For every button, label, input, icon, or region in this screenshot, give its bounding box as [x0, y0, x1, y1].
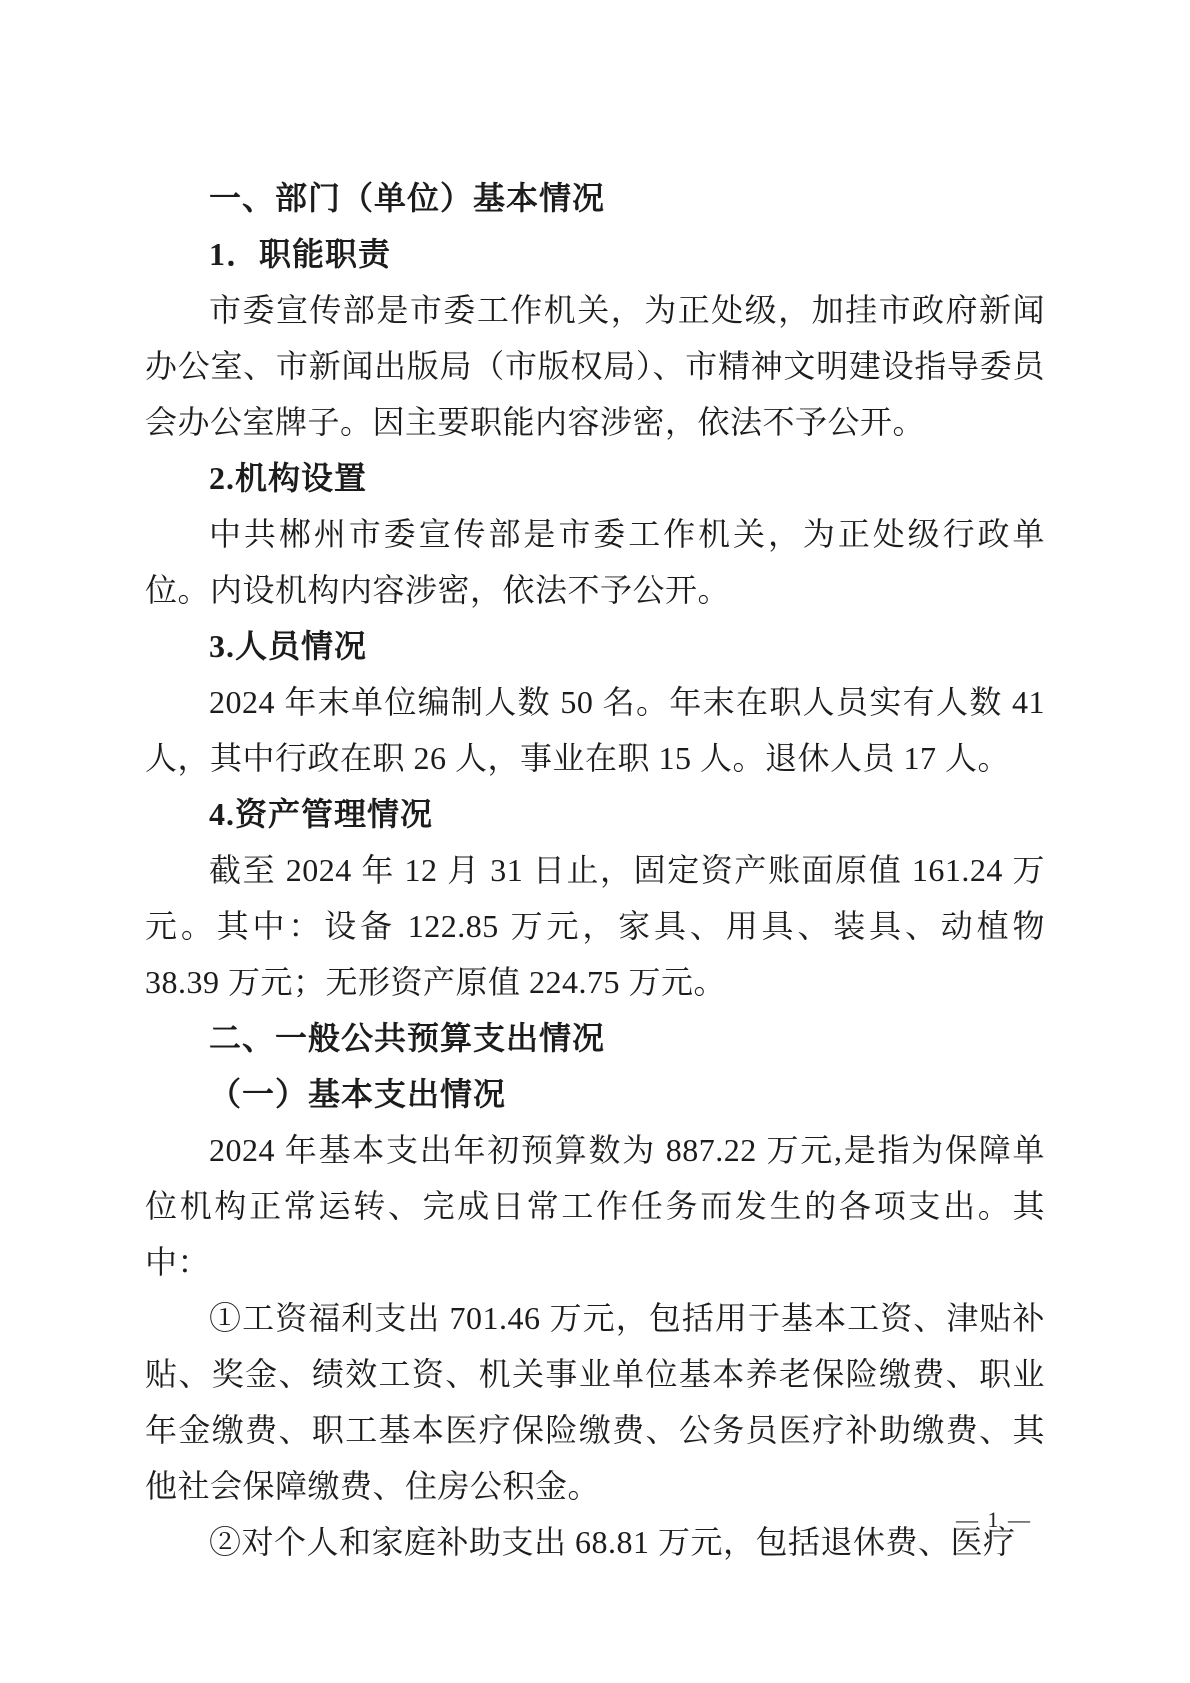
paragraph-personnel: 2024 年末单位编制人数 50 名。年末在职人员实有人数 41 人，其中行政在… [145, 674, 1045, 786]
subheading-asset-management: 4.资产管理情况 [145, 786, 1045, 842]
subheading-personnel: 3.人员情况 [145, 618, 1045, 674]
paragraph-salary-welfare-expenditure: ①工资福利支出 701.46 万元，包括用于基本工资、津贴补贴、奖金、绩效工资、… [145, 1290, 1045, 1514]
document-page: 一、部门（单位）基本情况 1．职能职责 市委宣传部是市委工作机关，为正处级，加挂… [0, 0, 1190, 1683]
subheading-basic-expenditure: （一）基本支出情况 [145, 1066, 1045, 1122]
document-body: 一、部门（单位）基本情况 1．职能职责 市委宣传部是市委工作机关，为正处级，加挂… [145, 170, 1045, 1570]
paragraph-org-structure: 中共郴州市委宣传部是市委工作机关，为正处级行政单位。内设机构内容涉密，依法不予公… [145, 506, 1045, 618]
paragraph-basic-expenditure: 2024 年基本支出年初预算数为 887.22 万元,是指为保障单位机构正常运转… [145, 1122, 1045, 1290]
section-heading-basic-info: 一、部门（单位）基本情况 [145, 170, 1045, 226]
subheading-duties: 1．职能职责 [145, 226, 1045, 282]
page-number: — 1 — [956, 1505, 1032, 1535]
paragraph-individual-family-subsidy: ②对个人和家庭补助支出 68.81 万元，包括退休费、医疗 [145, 1514, 1045, 1570]
section-heading-public-budget: 二、一般公共预算支出情况 [145, 1010, 1045, 1066]
paragraph-asset-management: 截至 2024 年 12 月 31 日止，固定资产账面原值 161.24 万元。… [145, 842, 1045, 1010]
paragraph-duties: 市委宣传部是市委工作机关，为正处级，加挂市政府新闻办公室、市新闻出版局（市版权局… [145, 282, 1045, 450]
subheading-org-structure: 2.机构设置 [145, 450, 1045, 506]
